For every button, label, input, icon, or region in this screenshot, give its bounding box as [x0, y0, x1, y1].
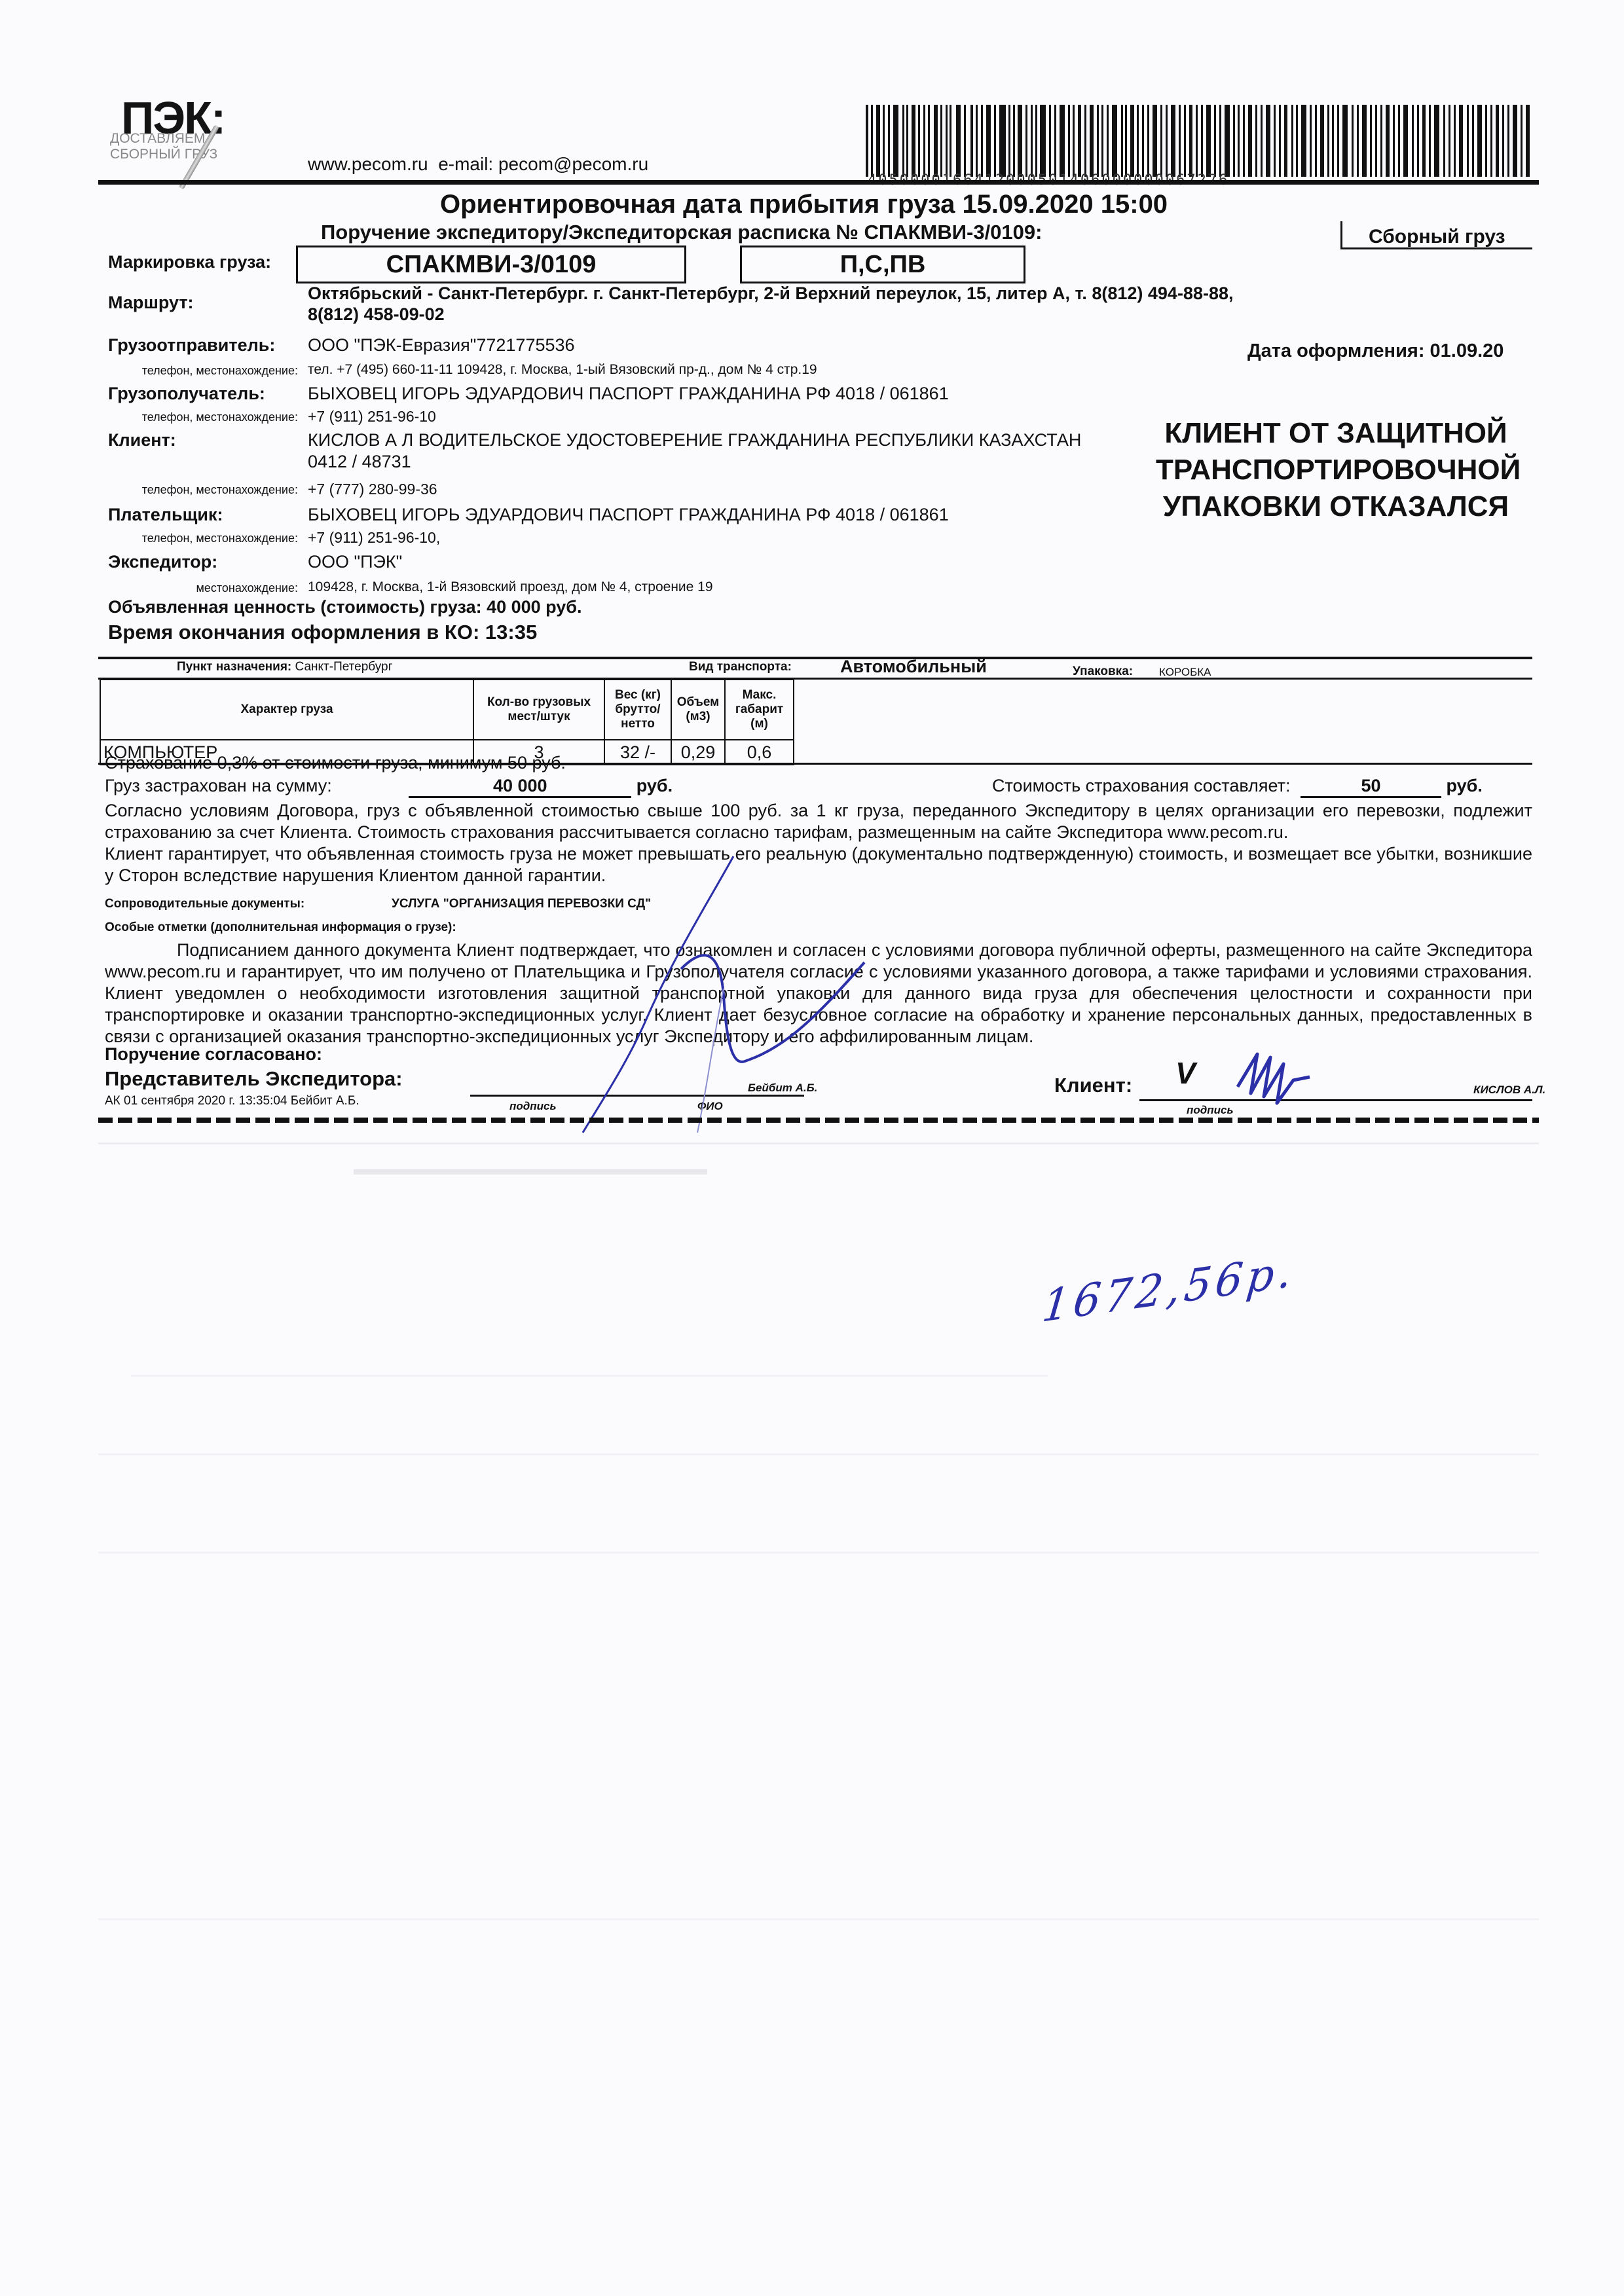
destination-value: Санкт-Петербург [295, 660, 393, 674]
client-value: КИСЛОВ А Л ВОДИТЕЛЬСКОЕ УДОСТОВЕРЕНИЕ ГР… [308, 430, 1081, 450]
insurance-cost-row: Стоимость страхования составляет: 50 руб… [992, 776, 1483, 798]
sender-value: ООО "ПЭК-Евразия"7721775536 [308, 335, 575, 355]
header-divider [98, 180, 1539, 185]
insurance-rate-note: Страхование 0,3% от стоимости груза, мин… [105, 753, 566, 773]
client-signature [1231, 1048, 1323, 1120]
forwarder-contact-label: местонахождение: [92, 581, 298, 595]
client-contact: +7 (777) 280-99-36 [308, 481, 437, 498]
cut-line-separator [98, 1118, 1539, 1123]
col-cargo-nature: Характер груза [100, 680, 473, 740]
arrival-date-title: Ориентировочная дата прибытия груза 15.0… [440, 190, 1168, 219]
insured-currency: руб. [637, 776, 673, 795]
payer-label: Плательщик: [108, 505, 223, 525]
ghost-rule [98, 1453, 1539, 1455]
cargo-type-label: Сборный груз [1369, 226, 1505, 248]
forwarder-rep-label: Представитель Экспедитора: [105, 1067, 403, 1091]
client-contact-label: телефон, местонахождение: [92, 483, 298, 497]
email-label: e-mail: [438, 154, 493, 174]
cell-weight: 32 /- [604, 740, 671, 765]
recipient-label: Грузополучатель: [108, 384, 265, 404]
ghost-rule [98, 1552, 1539, 1554]
header-contacts: www.pecom.ru e-mail: pecom@pecom.ru [308, 154, 648, 175]
client-sign-label: Клиент: [1054, 1074, 1132, 1097]
col-weight: Вес (кг) брутто/нетто [604, 680, 671, 740]
sender-contact: тел. +7 (495) 660-11-11 109428, г. Москв… [308, 362, 817, 378]
website-link[interactable]: www.pecom.ru [308, 154, 428, 174]
sender-label: Грузоотправитель: [108, 335, 275, 355]
packaging-value: КОРОБКА [1159, 666, 1211, 679]
forwarder-label: Экспедитор: [108, 552, 217, 572]
declared-value: Объявленная ценность (стоимость) груза: … [108, 597, 582, 617]
ghost-title: ▬▬▬▬▬▬▬▬▬▬▬▬▬▬▬▬▬▬▬▬ [354, 1159, 707, 1179]
route-value: Октябрьский - Санкт-Петербург. г. Санкт-… [308, 283, 1234, 304]
packaging-refusal-notice: КЛИЕНТ ОТ ЗАЩИТНОЙ ТРАНСПОРТИРОВОЧНОЙ УП… [1156, 415, 1516, 525]
table-header-row: Характер груза Кол-во грузовых мест/штук… [100, 680, 794, 740]
col-volume: Объем (м3) [671, 680, 725, 740]
transport-label: Вид транспорта: [689, 660, 792, 674]
handwritten-amount: 1672,56р. [1040, 1245, 1299, 1332]
insured-label: Груз застрахован на сумму: [105, 776, 332, 795]
email-link[interactable]: pecom@pecom.ru [498, 154, 648, 174]
insured-amount: 40 000 [409, 776, 631, 798]
processing-end-time: Время окончания оформления в КО: 13:35 [108, 621, 537, 644]
order-title: Поручение экспедитору/Экспедиторская рас… [321, 221, 1042, 244]
forwarder-value: ООО "ПЭК" [308, 552, 402, 572]
transport-value: Автомобильный [840, 657, 987, 677]
payer-contact-label: телефон, местонахождение: [92, 532, 298, 545]
insurance-cost-label: Стоимость страхования составляет: [992, 776, 1290, 795]
marking-label: Маркировка груза: [108, 252, 271, 272]
insured-amount-row: Груз застрахован на сумму: 40 000 руб. [105, 776, 673, 798]
barcode-icon [866, 105, 1530, 177]
table-top-rule [98, 657, 1532, 659]
insurance-cost-amount: 50 [1301, 776, 1441, 798]
cell-volume: 0,29 [671, 740, 725, 765]
agreed-label: Поручение согласовано: [105, 1044, 322, 1065]
forwarder-address: 109428, г. Москва, 1-й Вязовский проезд,… [308, 579, 713, 595]
ghost-rule [98, 1918, 1539, 1920]
insurance-cost-currency: руб. [1446, 776, 1482, 795]
client-check-mark: V [1175, 1055, 1196, 1091]
issue-date: Дата оформления: 01.09.20 [1247, 340, 1504, 362]
marking-extra: П,С,ПВ [740, 246, 1025, 283]
route-value-line2: 8(812) 458-09-02 [308, 304, 445, 325]
forwarder-stamp: АК 01 сентября 2020 г. 13:35:04 Бейбит А… [105, 1094, 360, 1108]
marking-code: СПАКМВИ-3/0109 [296, 246, 686, 283]
cell-max-size: 0,6 [725, 740, 794, 765]
route-label: Маршрут: [108, 293, 194, 313]
payer-value: БЫХОВЕЦ ИГОРЬ ЭДУАРДОВИЧ ПАСПОРТ ГРАЖДАН… [308, 505, 949, 525]
client-signature-caption: подпись [1187, 1104, 1234, 1117]
recipient-value: БЫХОВЕЦ ИГОРЬ ЭДУАРДОВИЧ ПАСПОРТ ГРАЖДАН… [308, 384, 949, 404]
col-pieces: Кол-во грузовых мест/штук [473, 680, 604, 740]
recipient-contact: +7 (911) 251-96-10 [308, 408, 436, 426]
packaging-label: Упаковка: [1073, 665, 1133, 679]
destination-label: Пункт назначения: Санкт-Петербург [177, 660, 393, 674]
forwarder-signature [511, 851, 969, 1139]
col-max-size: Макс. габарит (м) [725, 680, 794, 740]
special-notes-label: Особые отметки (дополнительная информаци… [105, 920, 456, 935]
client-label: Клиент: [108, 430, 176, 450]
logo-tagline: Доставляем сборный груз [110, 131, 254, 162]
insurance-terms: Согласно условиям Договора, груз с объяв… [105, 800, 1532, 843]
client-value-line2: 0412 / 48731 [308, 452, 411, 472]
documents-label: Сопроводительные документы: [105, 897, 304, 911]
ghost-rule [131, 1375, 1048, 1377]
ghost-rule [98, 1142, 1539, 1144]
recipient-contact-label: телефон, местонахождение: [92, 410, 298, 424]
client-name: КИСЛОВ А.Л. [1473, 1084, 1545, 1097]
payer-contact: +7 (911) 251-96-10, [308, 529, 440, 547]
sender-contact-label: телефон, местонахождение: [92, 364, 298, 378]
client-signature-line [1139, 1099, 1532, 1101]
